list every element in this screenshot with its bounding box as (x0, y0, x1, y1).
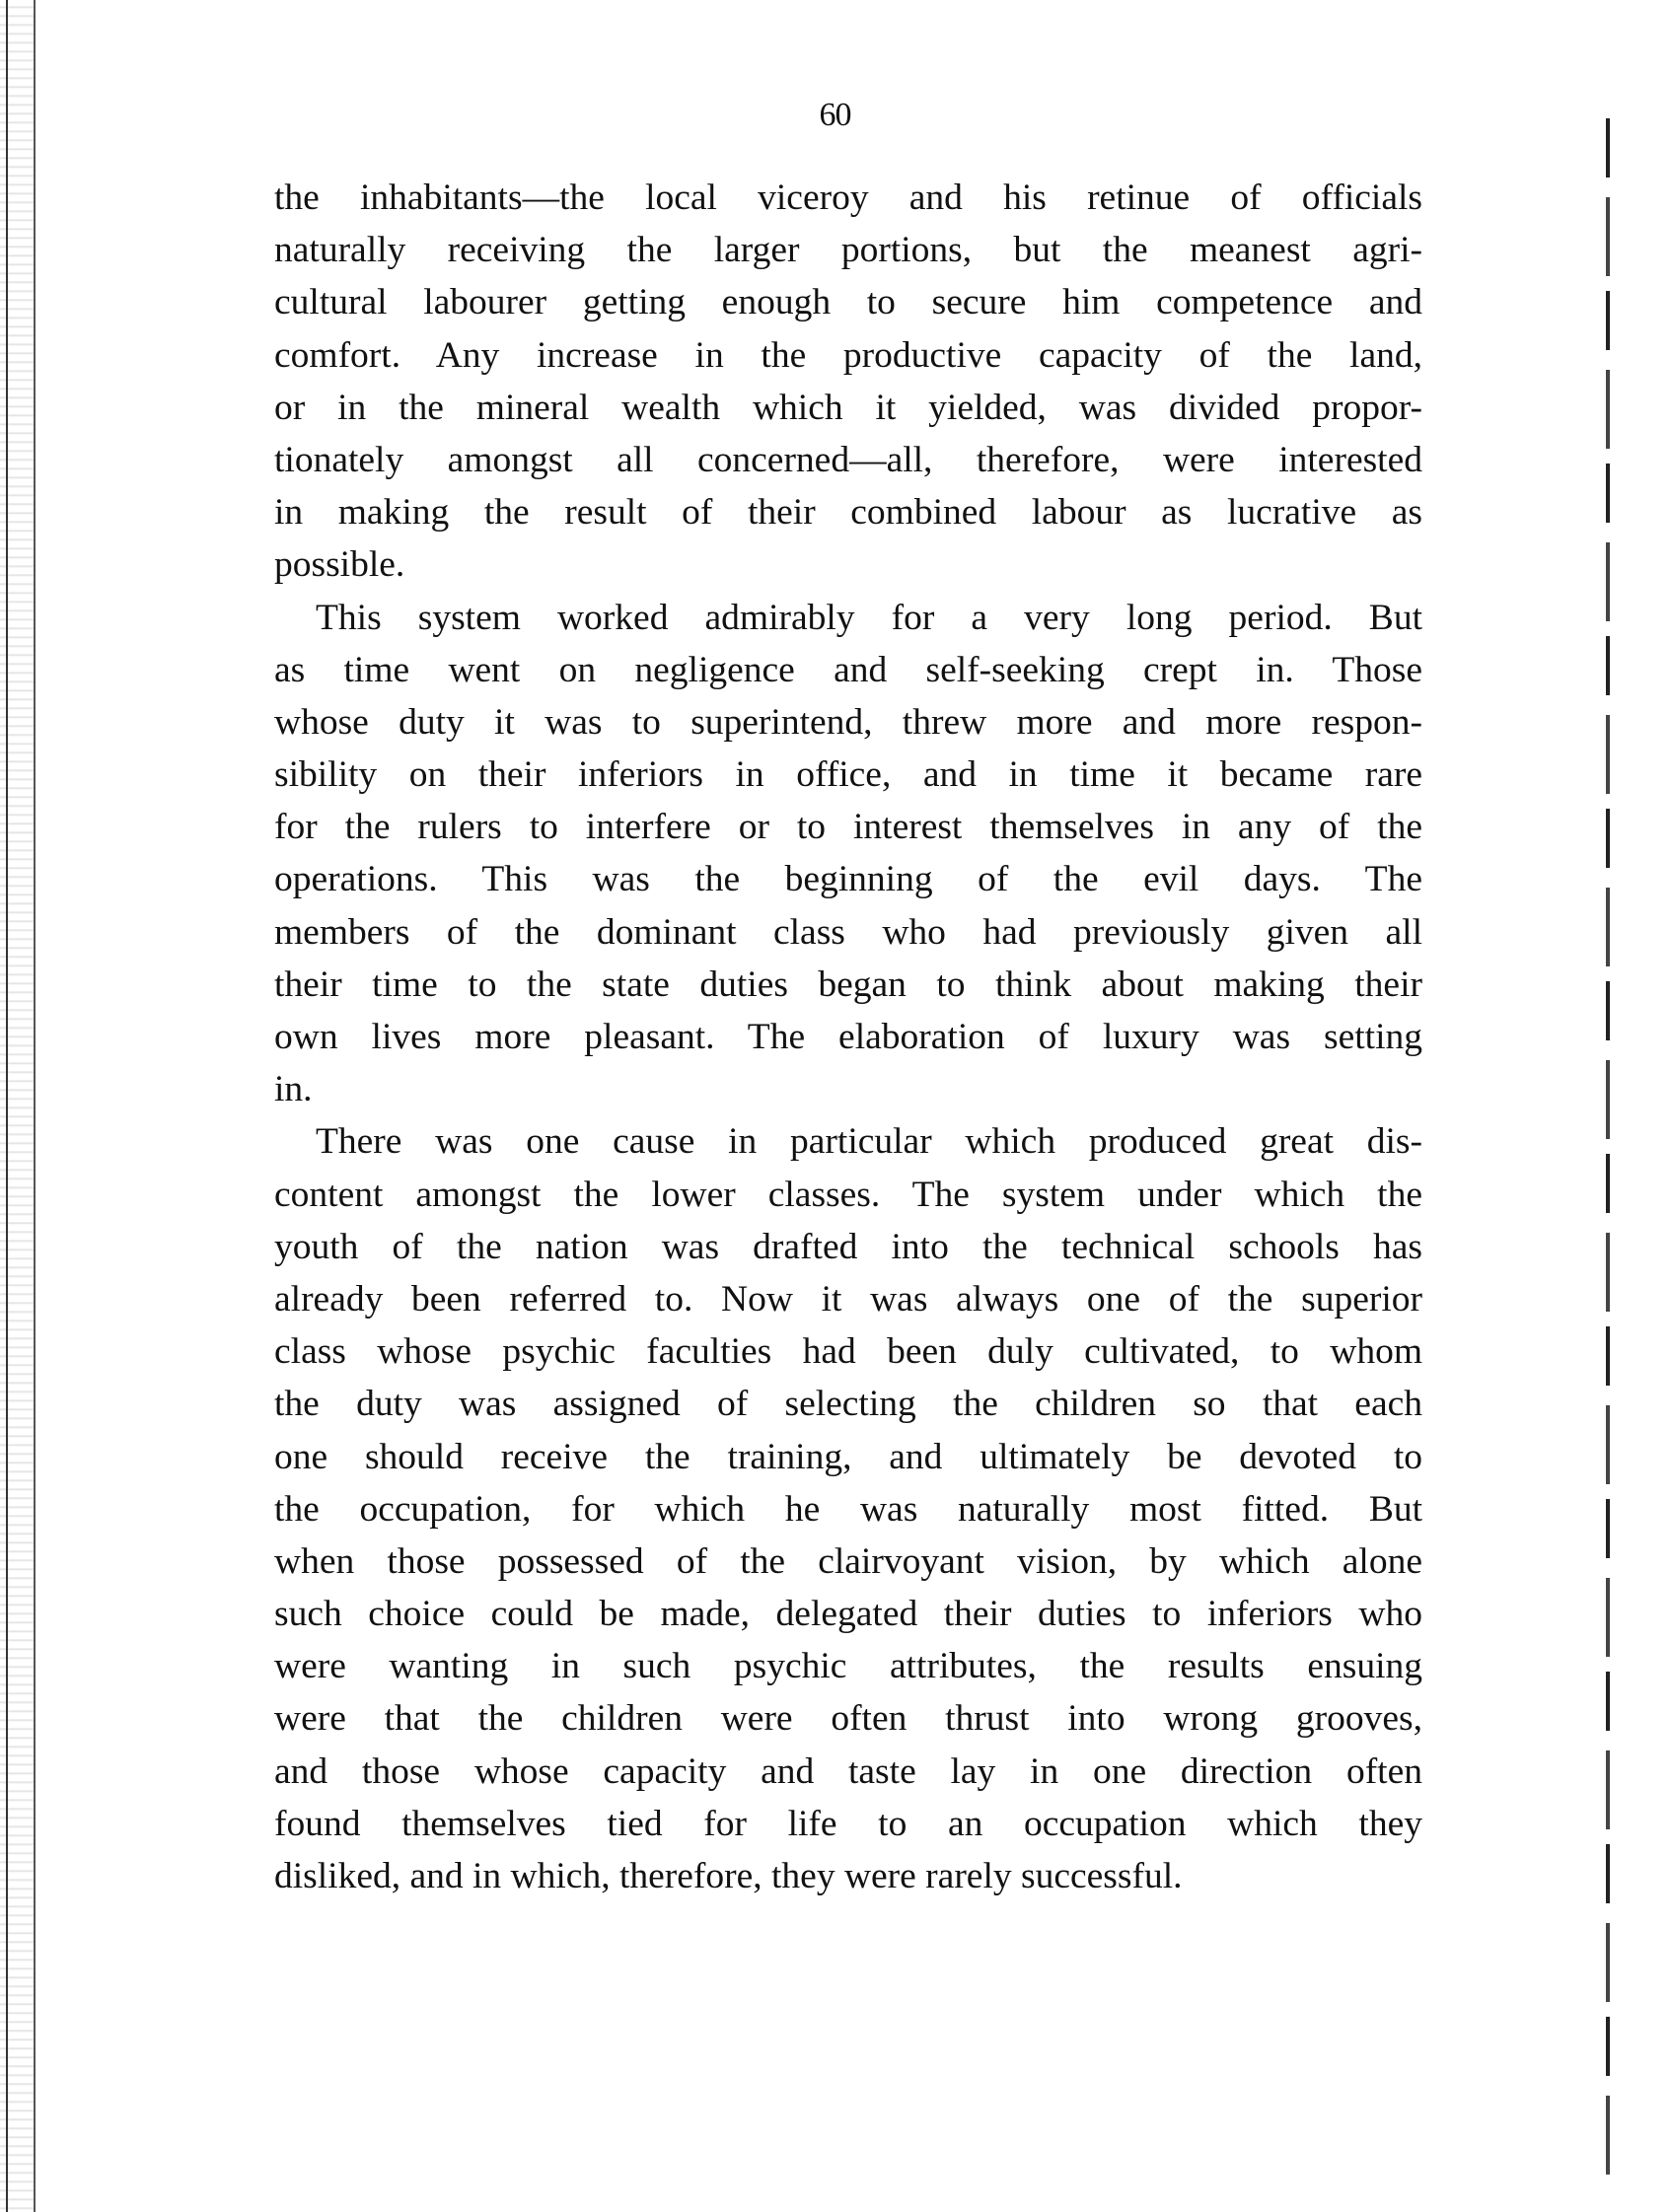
text-line: were wanting in such psychic attributes,… (274, 1640, 1422, 1692)
text-line: naturally receiving the larger portions,… (274, 224, 1422, 276)
text-line: when those possessed of the clairvoyant … (274, 1535, 1422, 1588)
text-line: one should receive the training, and ult… (274, 1431, 1422, 1483)
text-line: in making the result of their combined l… (274, 486, 1422, 538)
text-line: youth of the nation was drafted into the… (274, 1221, 1422, 1273)
text-line: were that the children were often thrust… (274, 1692, 1422, 1745)
text-line: in. (274, 1063, 1422, 1115)
text-line: cultural labourer getting enough to secu… (274, 276, 1422, 328)
scan-right-edge (1606, 118, 1610, 2189)
paragraph-2: This system worked admirably for a very … (274, 592, 1422, 1116)
text-line: the duty was assigned of selecting the c… (274, 1378, 1422, 1430)
text-line: This system worked admirably for a very … (274, 592, 1422, 644)
body-text: the inhabitants—the local viceroy and hi… (274, 172, 1422, 1902)
text-line: own lives more pleasant. The elaboration… (274, 1011, 1422, 1063)
text-line: content amongst the lower classes. The s… (274, 1169, 1422, 1221)
text-line: and those whose capacity and taste lay i… (274, 1746, 1422, 1798)
text-line: class whose psychic faculties had been d… (274, 1325, 1422, 1378)
text-line: for the rulers to interfere or to intere… (274, 801, 1422, 853)
scan-left-edge (0, 0, 36, 2212)
text-line: such choice could be made, delegated the… (274, 1588, 1422, 1640)
text-line: whose duty it was to superintend, threw … (274, 696, 1422, 749)
text-line: the occupation, for which he was natural… (274, 1483, 1422, 1535)
text-line: found themselves tied for life to an occ… (274, 1798, 1422, 1850)
text-line: already been referred to. Now it was alw… (274, 1273, 1422, 1325)
page-number: 60 (0, 97, 1670, 134)
text-line: members of the dominant class who had pr… (274, 906, 1422, 959)
text-line: their time to the state duties began to … (274, 959, 1422, 1011)
text-line: as time went on negligence and self-seek… (274, 644, 1422, 696)
text-line: tionately amongst all concerned—all, the… (274, 434, 1422, 486)
text-line: There was one cause in particular which … (274, 1115, 1422, 1168)
text-line: possible. (274, 538, 1422, 591)
text-line: sibility on their inferiors in office, a… (274, 749, 1422, 801)
text-line: disliked, and in which, therefore, they … (274, 1850, 1422, 1902)
text-line: operations. This was the beginning of th… (274, 853, 1422, 905)
text-line: the inhabitants—the local viceroy and hi… (274, 172, 1422, 224)
paragraph-3: There was one cause in particular which … (274, 1115, 1422, 1902)
text-line: comfort. Any increase in the productive … (274, 329, 1422, 382)
paragraph-1: the inhabitants—the local viceroy and hi… (274, 172, 1422, 592)
text-line: or in the mineral wealth which it yielde… (274, 382, 1422, 434)
